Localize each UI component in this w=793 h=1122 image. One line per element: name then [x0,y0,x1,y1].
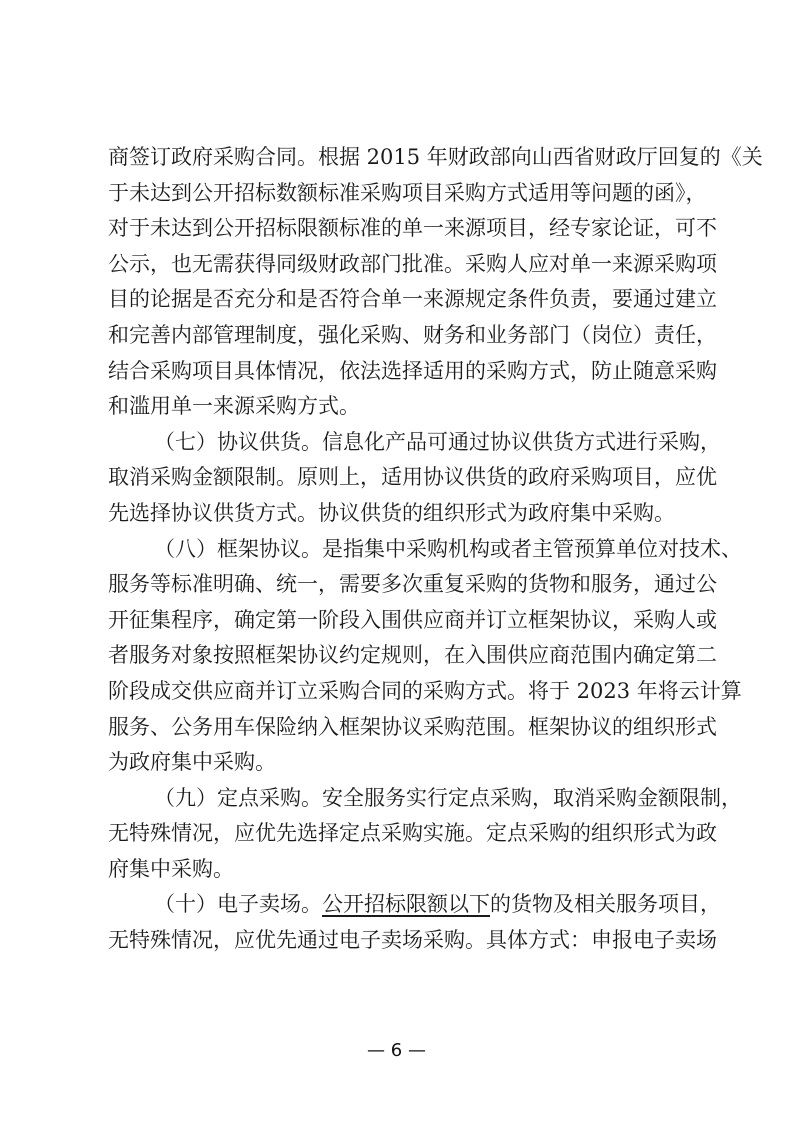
text-line: 无特殊情况，应优先选择定点采购实施。定点采购的组织形式为政 [108,816,694,852]
text-line: 目的论据是否充分和是否符合单一来源规定条件负责，要通过建立 [108,282,694,318]
text-line: 公示，也无需获得同级财政部门批准。采购人应对单一来源采购项 [108,247,694,283]
paragraph-electronic-mall: （十）电子卖场。公开招标限额以下的货物及相关服务项目， 无特殊情况，应优先通过电… [108,887,694,958]
text-line: 和完善内部管理制度，强化采购、财务和业务部门（岗位）责任， [108,318,694,354]
text-line: 先选择协议供货方式。协议供货的组织形式为政府集中采购。 [108,496,694,532]
text-line: 者服务对象按照框架协议约定规则，在入围供应商范围内确定第二 [108,638,694,674]
text-span: 的货物及相关服务项目， [490,892,721,916]
text-line: 于未达到公开招标数额标准采购项目采购方式适用等问题的函》， [108,176,694,212]
text-line: 结合采购项目具体情况，依法选择适用的采购方式，防止随意采购 [108,354,694,390]
text-line: 阶段成交供应商并订立采购合同的采购方式。将于 2023 年将云计算 [108,674,694,710]
text-line: （八）框架协议。是指集中采购机构或者主管预算单位对技术、 [108,532,694,568]
text-line: （十）电子卖场。公开招标限额以下的货物及相关服务项目， [108,887,694,923]
text-line: （九）定点采购。安全服务实行定点采购，取消采购金额限制， [108,781,694,817]
text-line: 对于未达到公开招标限额标准的单一来源项目，经专家论证，可不 [108,211,694,247]
text-span: （十）电子卖场。 [154,892,322,916]
text-line: 商签订政府采购合同。根据 2015 年财政部向山西省财政厅回复的《关 [108,140,694,176]
page-number: — 6 — [0,1040,793,1061]
underlined-text: 公开招标限额以下 [322,892,490,916]
text-line: 开征集程序，确定第一阶段入围供应商并订立框架协议，采购人或 [108,603,694,639]
text-line: 无特殊情况，应优先通过电子卖场采购。具体方式：申报电子卖场 [108,923,694,959]
text-line: 服务、公务用车保险纳入框架协议采购范围。框架协议的组织形式 [108,710,694,746]
document-page: 商签订政府采购合同。根据 2015 年财政部向山西省财政厅回复的《关 于未达到公… [0,0,793,1122]
paragraph-agreement-supply: （七）协议供货。信息化产品可通过协议供货方式进行采购， 取消采购金额限制。原则上… [108,425,694,532]
paragraph-framework-agreement: （八）框架协议。是指集中采购机构或者主管预算单位对技术、 服务等标准明确、统一，… [108,532,694,781]
paragraph-continuation: 商签订政府采购合同。根据 2015 年财政部向山西省财政厅回复的《关 于未达到公… [108,140,694,425]
text-line: 服务等标准明确、统一，需要多次重复采购的货物和服务，通过公 [108,567,694,603]
text-line: 取消采购金额限制。原则上，适用协议供货的政府采购项目，应优 [108,460,694,496]
paragraph-designated-procurement: （九）定点采购。安全服务实行定点采购，取消采购金额限制， 无特殊情况，应优先选择… [108,781,694,888]
text-line: （七）协议供货。信息化产品可通过协议供货方式进行采购， [108,425,694,461]
body-text: 商签订政府采购合同。根据 2015 年财政部向山西省财政厅回复的《关 于未达到公… [108,140,694,959]
text-line: 和滥用单一来源采购方式。 [108,389,694,425]
text-line: 府集中采购。 [108,852,694,888]
text-line: 为政府集中采购。 [108,745,694,781]
